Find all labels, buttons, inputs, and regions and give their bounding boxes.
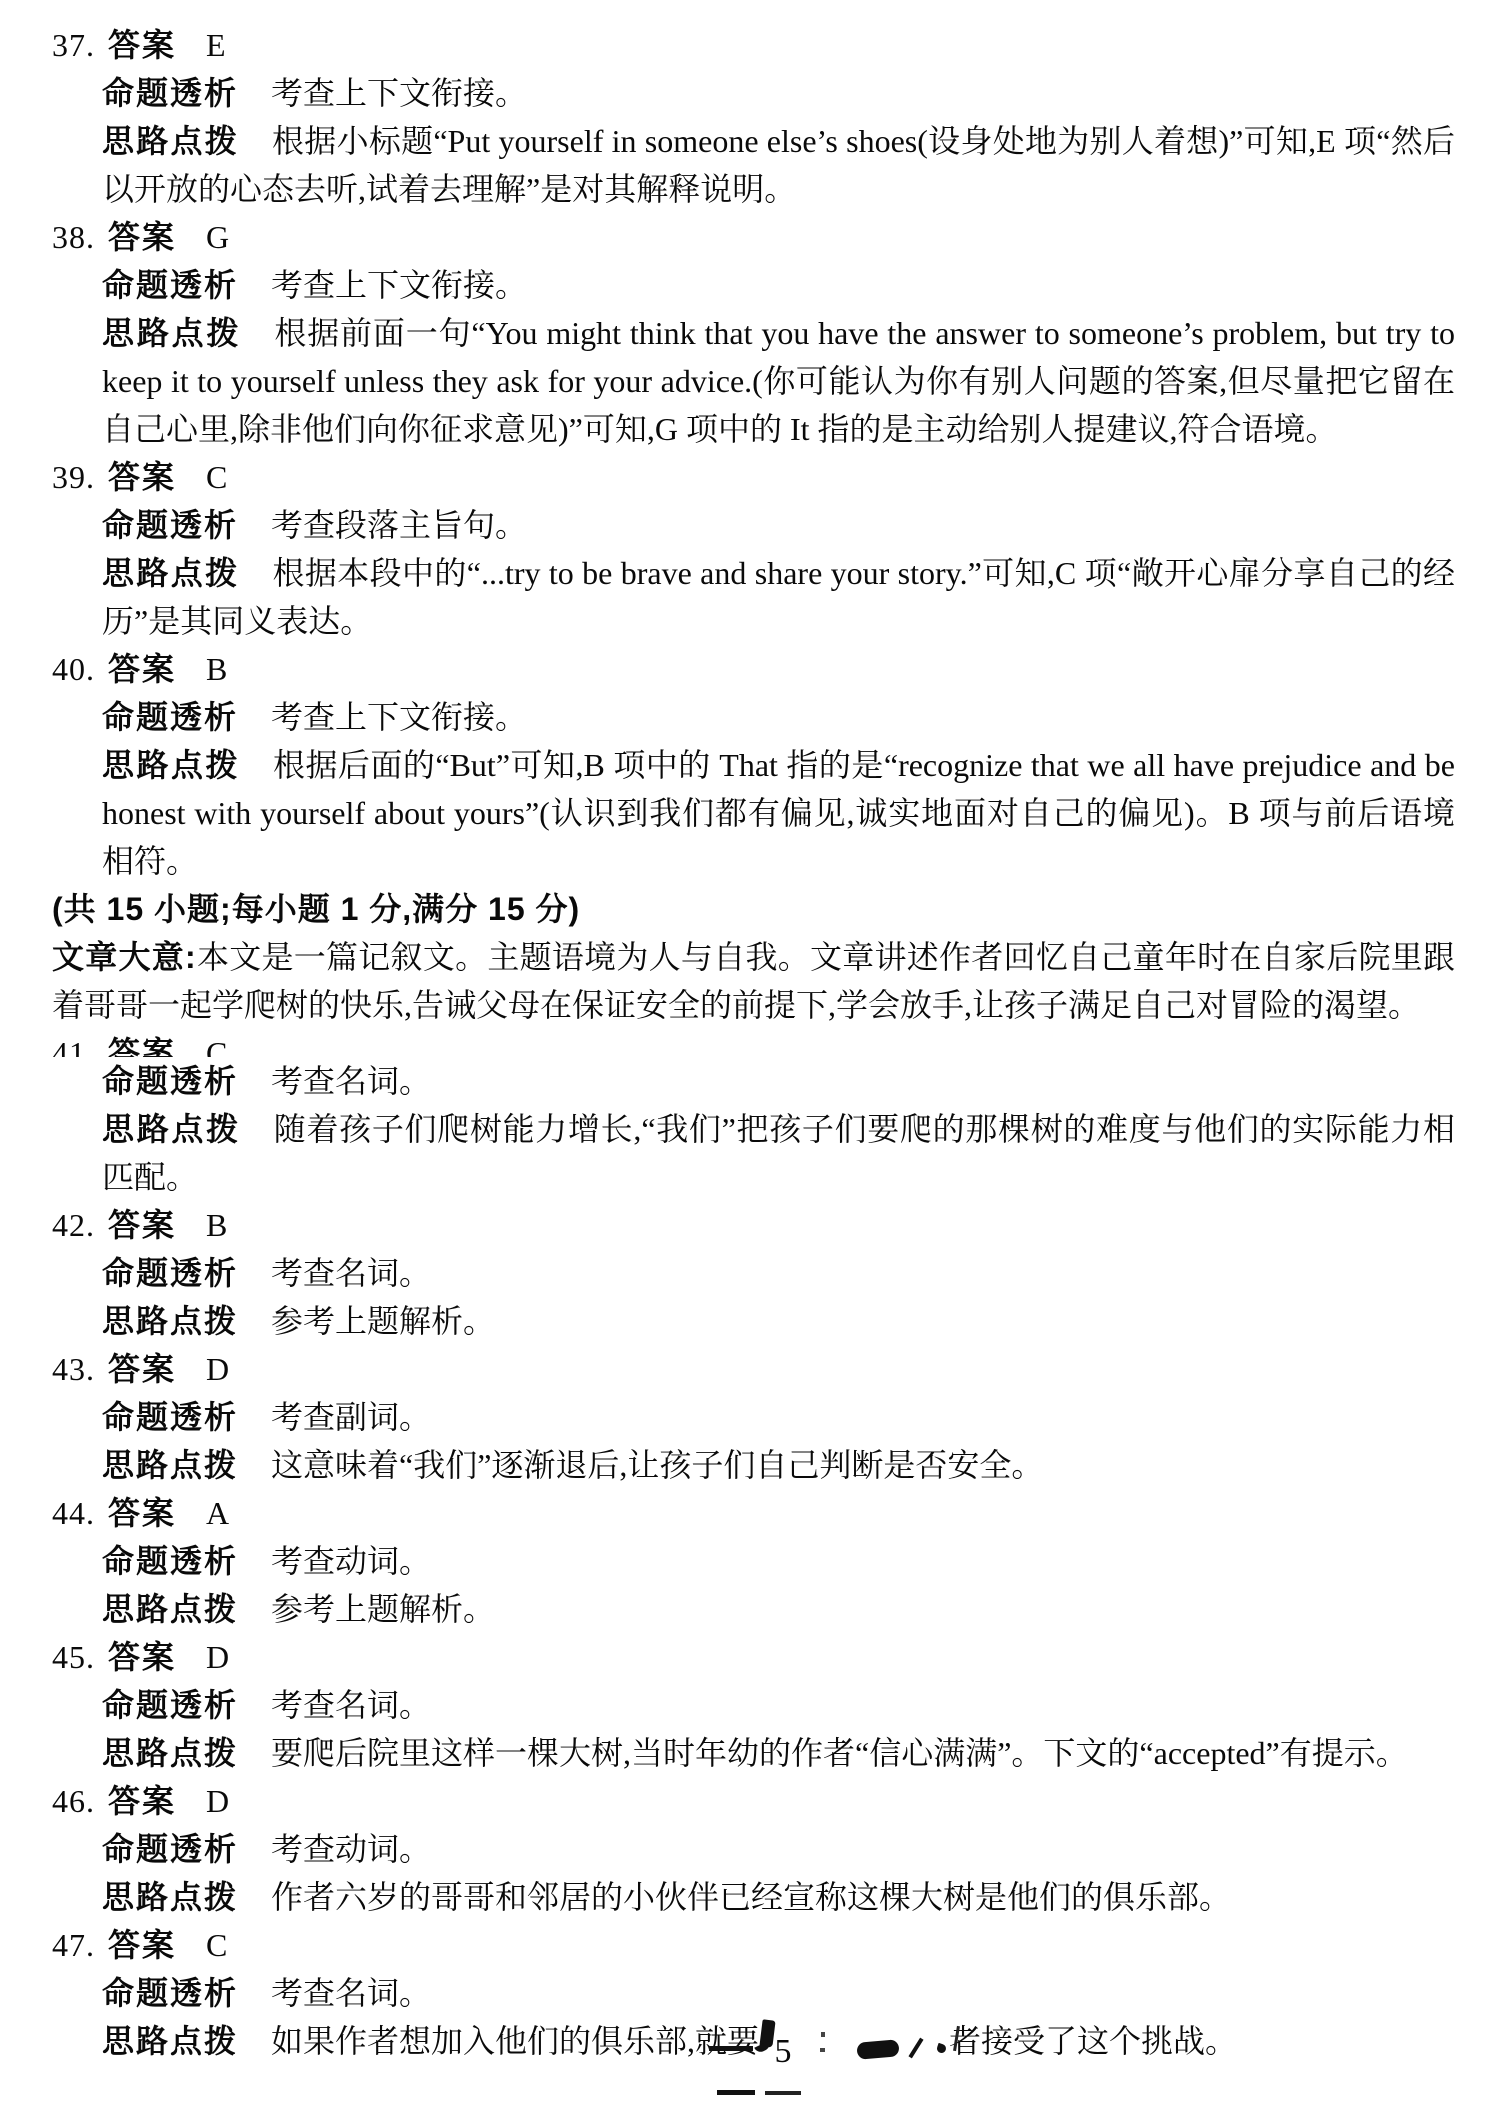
analysis-text: 考查名词。 (271, 1975, 431, 2011)
tip-label: 思路点拨 (102, 1735, 238, 1771)
item-number: 43. (52, 1351, 95, 1387)
analysis-text: 考查动词。 (271, 1543, 431, 1579)
analysis-text: 考查副词。 (271, 1399, 431, 1435)
analysis-line: 命题透析考查名词。 (102, 1057, 1455, 1105)
answer-label: 答案 (108, 219, 176, 255)
answer-label: 答案 (108, 1351, 176, 1387)
dash-row (18, 2071, 1500, 2108)
item-number: 44. (52, 1495, 95, 1531)
analysis-text: 考查名词。 (271, 1063, 431, 1099)
analysis-label: 命题透析 (102, 1399, 238, 1435)
answer-letter: E (206, 27, 226, 63)
tip-text: 根据本段中的“...try to be brave and share your… (102, 555, 1455, 639)
item-number: 41. (52, 1035, 95, 1057)
tip-label: 思路点拨 (102, 1879, 238, 1915)
tip-line: 思路点拨根据本段中的“...try to be brave and share … (102, 549, 1455, 645)
answer-item-37: 37.答案E 命题透析考查上下文衔接。 思路点拨根据小标题“Put yourse… (52, 21, 1455, 213)
page-footer: 5 (0, 2028, 1500, 2108)
answer-line: 37.答案E (52, 21, 1455, 69)
tip-line: 思路点拨根据前面一句“You might think that you have… (102, 309, 1455, 453)
answer-label: 答案 (108, 459, 176, 495)
document-page: 37.答案E 命题透析考查上下文衔接。 思路点拨根据小标题“Put yourse… (0, 0, 1500, 2065)
tip-text: 这意味着“我们”逐渐退后,让孩子们自己判断是否安全。 (271, 1447, 1043, 1483)
answer-label: 答案 (108, 651, 176, 687)
answer-item-40: 40.答案B 命题透析考查上下文衔接。 思路点拨根据后面的“But”可知,B 项… (52, 645, 1455, 885)
answer-letter: B (206, 1207, 227, 1243)
tip-text: 随着孩子们爬树能力增长,“我们”把孩子们要爬的那棵树的难度与他们的实际能力相匹配… (102, 1111, 1455, 1195)
page-number: 5 (775, 2032, 792, 2072)
answer-line: 46.答案D (52, 1777, 1455, 1825)
tip-line: 思路点拨作者六岁的哥哥和邻居的小伙伴已经宣称这棵大树是他们的俱乐部。 (102, 1873, 1455, 1921)
analysis-label: 命题透析 (102, 1543, 238, 1579)
analysis-label: 命题透析 (102, 1687, 238, 1723)
analysis-line: 命题透析考查副词。 (102, 1393, 1455, 1441)
answer-letter: G (206, 219, 229, 255)
passage-summary: 文章大意:本文是一篇记叙文。主题语境为人与自我。文章讲述作者回忆自己童年时在自家… (52, 933, 1455, 1029)
tip-line: 思路点拨根据小标题“Put yourself in someone else’s… (102, 117, 1455, 213)
analysis-label: 命题透析 (102, 1063, 238, 1099)
tip-label: 思路点拨 (102, 123, 239, 159)
item-number: 38. (52, 219, 95, 255)
answer-item-44: 44.答案A 命题透析考查动词。 思路点拨参考上题解析。 (52, 1489, 1455, 1633)
analysis-text: 考查上下文衔接。 (271, 267, 527, 303)
tip-text: 参考上题解析。 (271, 1591, 495, 1627)
answer-item-41: 41.答案C 命题透析考查名词。 思路点拨随着孩子们爬树能力增长,“我们”把孩子… (52, 1029, 1455, 1201)
tip-label: 思路点拨 (102, 1591, 238, 1627)
tip-line: 思路点拨参考上题解析。 (102, 1585, 1455, 1633)
analysis-text: 考查上下文衔接。 (271, 699, 527, 735)
analysis-label: 命题透析 (102, 1255, 238, 1291)
item-number: 40. (52, 651, 95, 687)
answer-item-39: 39.答案C 命题透析考查段落主旨句。 思路点拨根据本段中的“...try to… (52, 453, 1455, 645)
analysis-label: 命题透析 (102, 75, 238, 111)
tip-text: 参考上题解析。 (271, 1303, 495, 1339)
tip-text: 作者六岁的哥哥和邻居的小伙伴已经宣称这棵大树是他们的俱乐部。 (271, 1879, 1231, 1915)
tip-line: 思路点拨随着孩子们爬树能力增长,“我们”把孩子们要爬的那棵树的难度与他们的实际能… (102, 1105, 1455, 1201)
analysis-line: 命题透析考查动词。 (102, 1537, 1455, 1585)
analysis-label: 命题透析 (102, 1975, 238, 2011)
section-score-note: (共 15 小题;每小题 1 分,满分 15 分) (52, 885, 1455, 933)
analysis-label: 命题透析 (102, 1831, 238, 1867)
item-number: 45. (52, 1639, 95, 1675)
analysis-line: 命题透析考查名词。 (102, 1249, 1455, 1297)
answer-letter: D (206, 1351, 229, 1387)
tip-text: 要爬后院里这样一棵大树,当时年幼的作者“信心满满”。下文的“accepted”有… (271, 1735, 1408, 1771)
analysis-text: 考查名词。 (271, 1687, 431, 1723)
analysis-line: 命题透析考查上下文衔接。 (102, 693, 1455, 741)
answer-label: 答案 (108, 1783, 176, 1819)
dash-mark (765, 2091, 801, 2095)
answer-item-45: 45.答案D 命题透析考查名词。 思路点拨要爬后院里这样一棵大树,当时年幼的作者… (52, 1633, 1455, 1777)
answer-line: 39.答案C (52, 453, 1455, 501)
tip-label: 思路点拨 (102, 747, 240, 783)
answer-label: 答案 (108, 1639, 176, 1675)
analysis-line: 命题透析考查段落主旨句。 (102, 501, 1455, 549)
answer-letter: D (206, 1639, 229, 1675)
answer-label: 答案 (108, 1207, 176, 1243)
tip-text: 根据前面一句“You might think that you have the… (102, 315, 1455, 447)
answer-label: 答案 (108, 1035, 176, 1057)
answer-line: 45.答案D (52, 1633, 1455, 1681)
tip-text: 根据后面的“But”可知,B 项中的 That 指的是“recognize th… (102, 747, 1455, 879)
tip-line: 思路点拨这意味着“我们”逐渐退后,让孩子们自己判断是否安全。 (102, 1441, 1455, 1489)
answer-line: 44.答案A (52, 1489, 1455, 1537)
analysis-label: 命题透析 (102, 507, 238, 543)
tip-label: 思路点拨 (102, 1447, 238, 1483)
answer-item-38: 38.答案G 命题透析考查上下文衔接。 思路点拨根据前面一句“You might… (52, 213, 1455, 453)
tip-label: 思路点拨 (102, 315, 241, 351)
tip-label: 思路点拨 (102, 1111, 241, 1147)
analysis-text: 考查名词。 (271, 1255, 431, 1291)
tip-text: 根据小标题“Put yourself in someone else’s sho… (102, 123, 1455, 207)
dash-mark (709, 2046, 753, 2051)
page-number-row: 5 (0, 2028, 1500, 2068)
analysis-label: 命题透析 (102, 699, 238, 735)
item-number: 37. (52, 27, 95, 63)
answer-line: 40.答案B (52, 645, 1455, 693)
item-number: 42. (52, 1207, 95, 1243)
analysis-line: 命题透析考查上下文衔接。 (102, 261, 1455, 309)
answer-line-clipped: 41.答案C (52, 1029, 1455, 1057)
tip-line: 思路点拨要爬后院里这样一棵大树,当时年幼的作者“信心满满”。下文的“accept… (102, 1729, 1455, 1777)
analysis-line: 命题透析考查名词。 (102, 1681, 1455, 1729)
tip-label: 思路点拨 (102, 1303, 238, 1339)
answer-letter: C (206, 459, 227, 495)
analysis-line: 命题透析考查上下文衔接。 (102, 69, 1455, 117)
answer-item-42: 42.答案B 命题透析考查名词。 思路点拨参考上题解析。 (52, 1201, 1455, 1345)
answer-line: 47.答案C (52, 1921, 1455, 1969)
answer-letter: A (206, 1495, 229, 1531)
analysis-text: 考查上下文衔接。 (271, 75, 527, 111)
item-number: 47. (52, 1927, 95, 1963)
answer-line: 38.答案G (52, 213, 1455, 261)
answer-line: 42.答案B (52, 1201, 1455, 1249)
tip-label: 思路点拨 (102, 555, 240, 591)
passage-summary-text: 本文是一篇记叙文。主题语境为人与自我。文章讲述作者回忆自己童年时在自家后院里跟着… (52, 939, 1455, 1023)
answer-label: 答案 (108, 27, 176, 63)
answer-letter: D (206, 1783, 229, 1819)
analysis-line: 命题透析考查动词。 (102, 1825, 1455, 1873)
item-number: 46. (52, 1783, 95, 1819)
analysis-text: 考查段落主旨句。 (271, 507, 527, 543)
item-number: 39. (52, 459, 95, 495)
passage-summary-label: 文章大意: (52, 939, 197, 975)
dash-mark (717, 2090, 755, 2095)
answer-label: 答案 (108, 1927, 176, 1963)
answer-item-46: 46.答案D 命题透析考查动词。 思路点拨作者六岁的哥哥和邻居的小伙伴已经宣称这… (52, 1777, 1455, 1921)
analysis-line: 命题透析考查名词。 (102, 1969, 1455, 2017)
answer-label: 答案 (108, 1495, 176, 1531)
analysis-label: 命题透析 (102, 267, 238, 303)
answer-letter: B (206, 651, 227, 687)
answer-line: 43.答案D (52, 1345, 1455, 1393)
tip-line: 思路点拨根据后面的“But”可知,B 项中的 That 指的是“recogniz… (102, 741, 1455, 885)
answer-letter: C (206, 1927, 227, 1963)
tip-line: 思路点拨参考上题解析。 (102, 1297, 1455, 1345)
analysis-text: 考查动词。 (271, 1831, 431, 1867)
answer-item-43: 43.答案D 命题透析考查副词。 思路点拨这意味着“我们”逐渐退后,让孩子们自己… (52, 1345, 1455, 1489)
answer-letter: C (206, 1035, 227, 1057)
